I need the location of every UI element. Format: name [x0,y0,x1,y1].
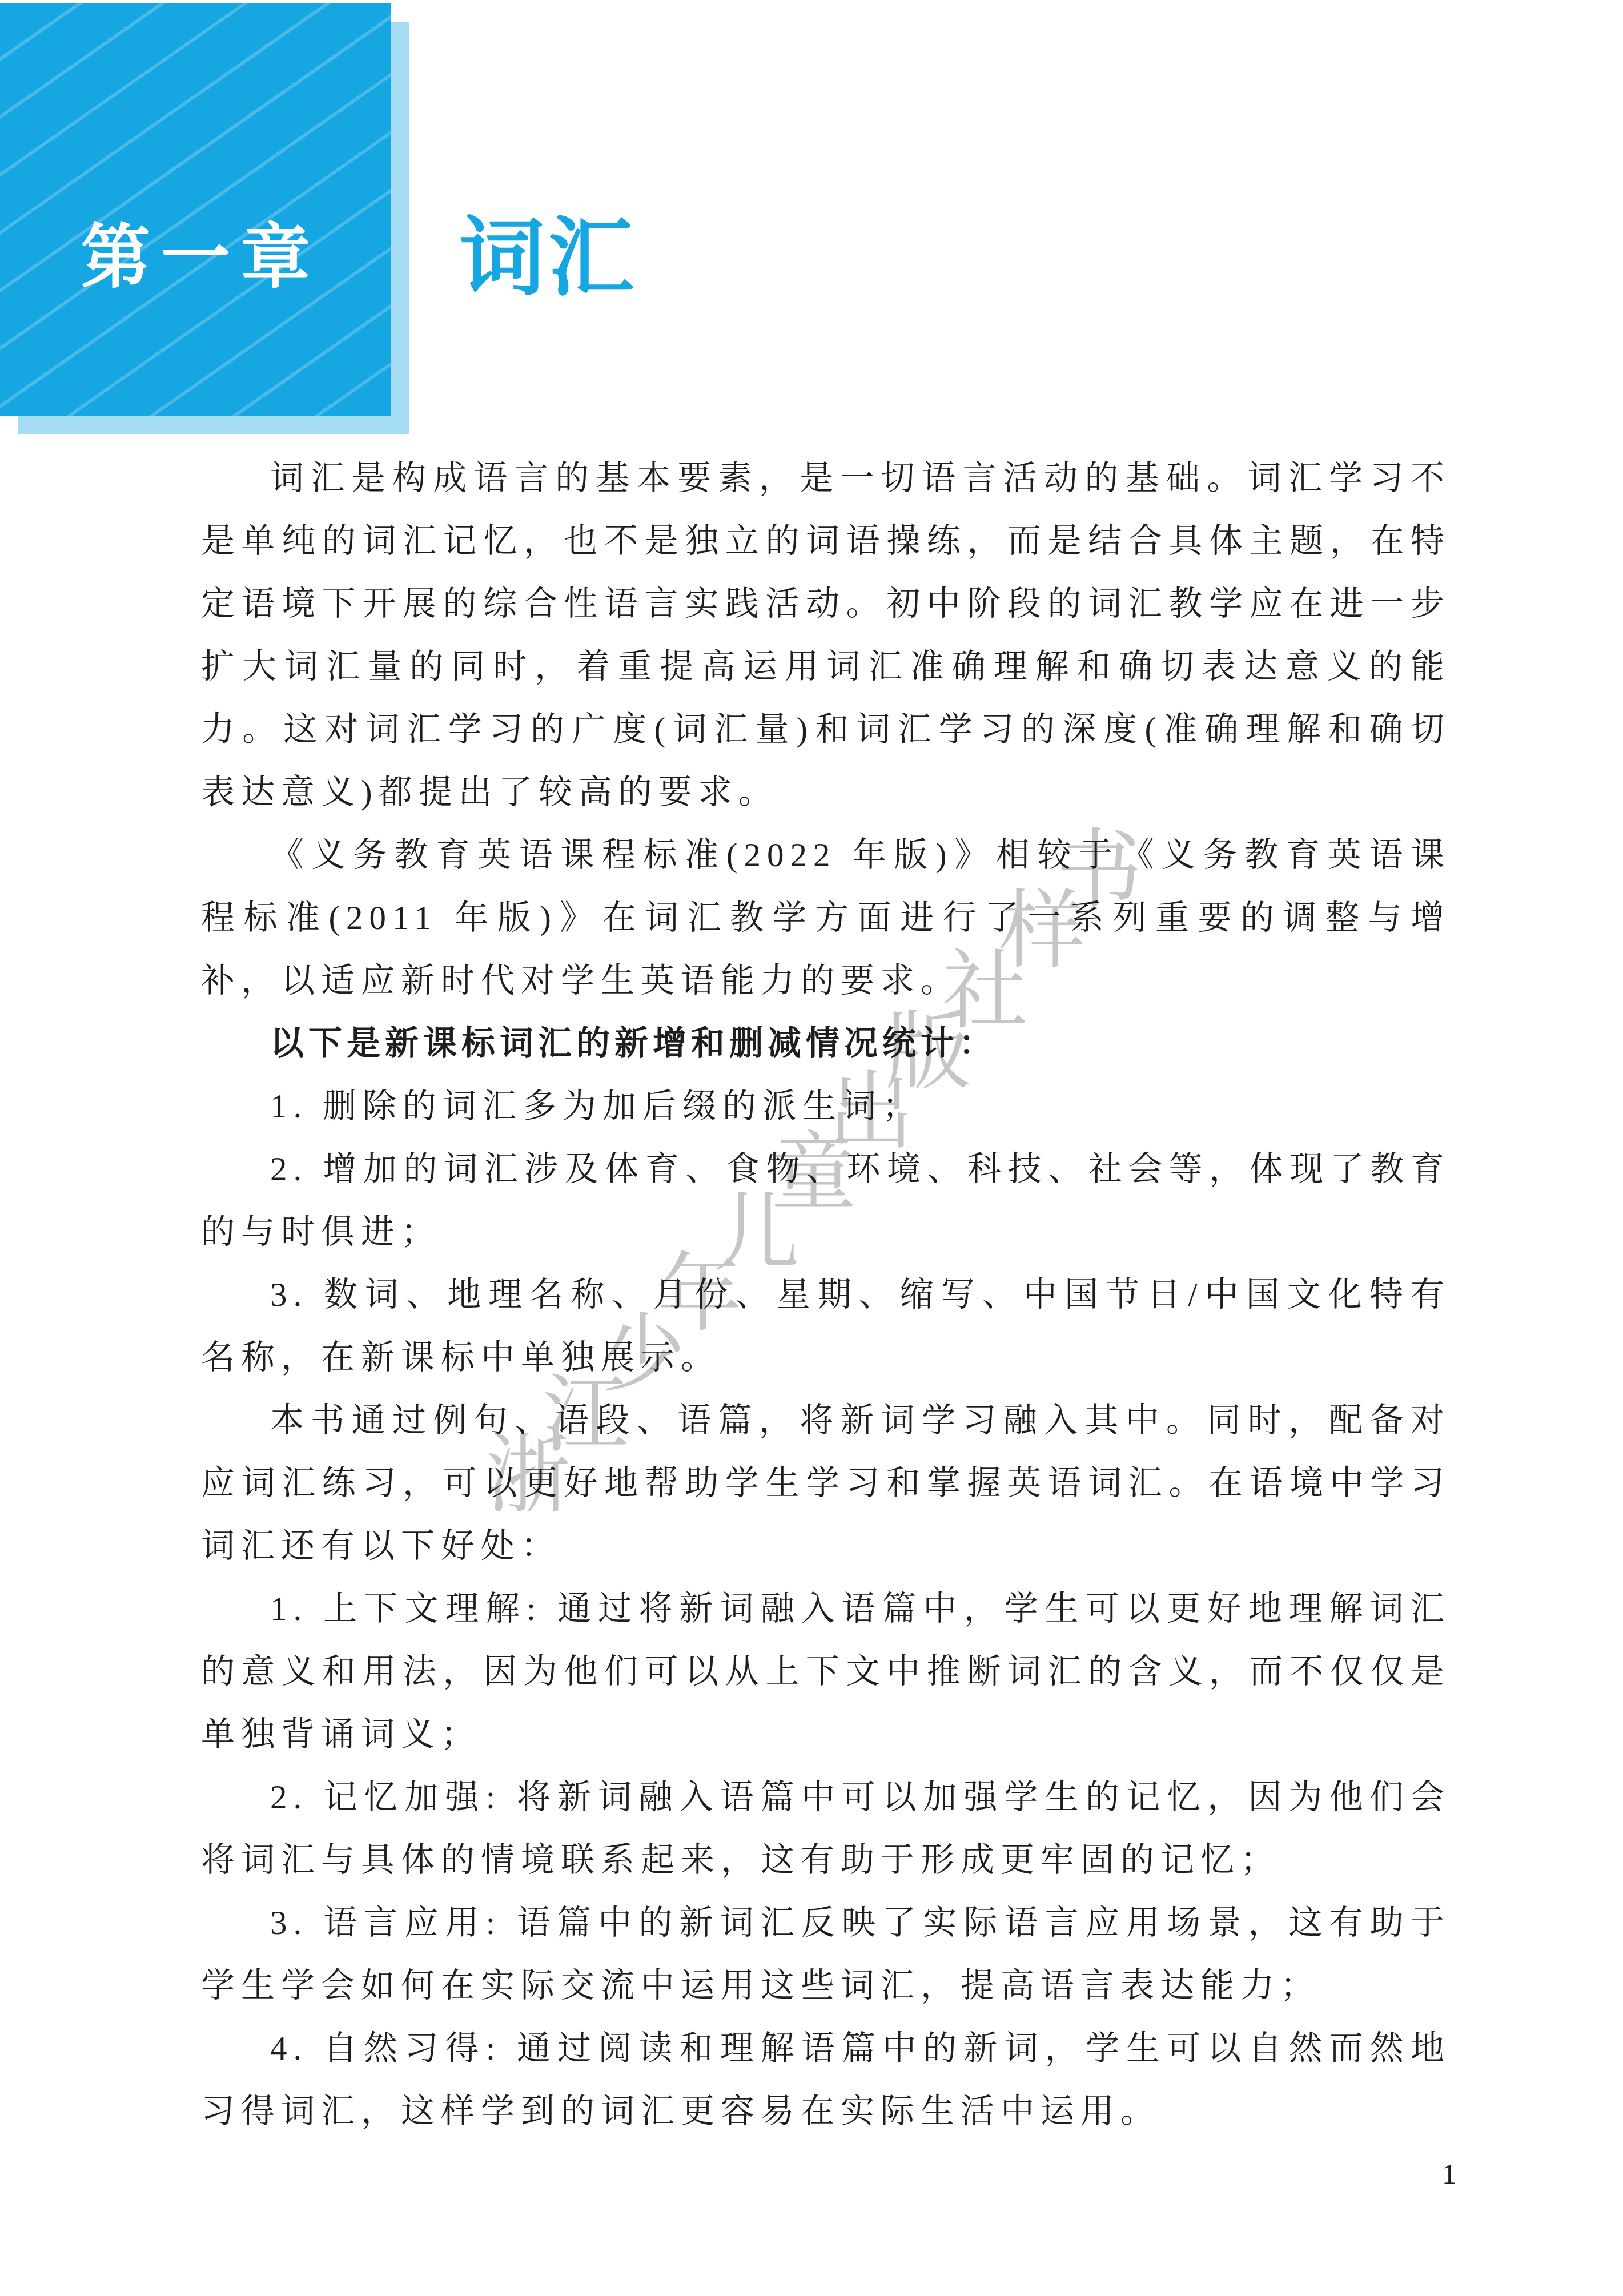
textbook-page: 第一章 词汇 浙江少年儿童出版社样书 词汇是构成语言的基本要素，是一切语言活动的… [0,0,1623,2296]
body-text: 词汇是构成语言的基本要素，是一切语言活动的基础。词汇学习不是单纯的词汇记忆，也不… [201,447,1451,2142]
list-item: 1. 删除的词汇多为加后缀的派生词； [201,1075,1451,1137]
chapter-title: 词汇 [459,188,637,312]
paragraph: 本书通过例句、语段、语篇，将新词学习融入其中。同时，配备对应词汇练习，可以更好地… [201,1389,1451,1577]
section-heading: 以下是新课标词汇的新增和删减情况统计： [201,1012,1451,1075]
chapter-banner: 第一章 [0,3,391,416]
paragraph: 《义务教育英语课程标准(2022 年版)》相较于《义务教育英语课程标准(2011… [201,823,1451,1012]
list-item: 2. 记忆加强: 将新词融入语篇中可以加强学生的记忆，因为他们会将词汇与具体的情… [201,1766,1451,1891]
list-item: 3. 数词、地理名称、月份、星期、缩写、中国节日/中国文化特有名称，在新课标中单… [201,1263,1451,1389]
list-item: 4. 自然习得: 通过阅读和理解语篇中的新词，学生可以自然而然地习得词汇，这样学… [201,2017,1451,2142]
list-item: 3. 语言应用: 语篇中的新词汇反映了实际语言应用场景，这有助于学生学会如何在实… [201,1891,1451,2017]
paragraph: 词汇是构成语言的基本要素，是一切语言活动的基础。词汇学习不是单纯的词汇记忆，也不… [201,447,1451,823]
chapter-number-label: 第一章 [0,201,391,301]
list-item: 2. 增加的词汇涉及体育、食物、环境、科技、社会等，体现了教育的与时俱进； [201,1137,1451,1263]
page-number: 1 [1442,2157,1456,2190]
list-item: 1. 上下文理解: 通过将新词融入语篇中，学生可以更好地理解词汇的意义和用法，因… [201,1577,1451,1766]
